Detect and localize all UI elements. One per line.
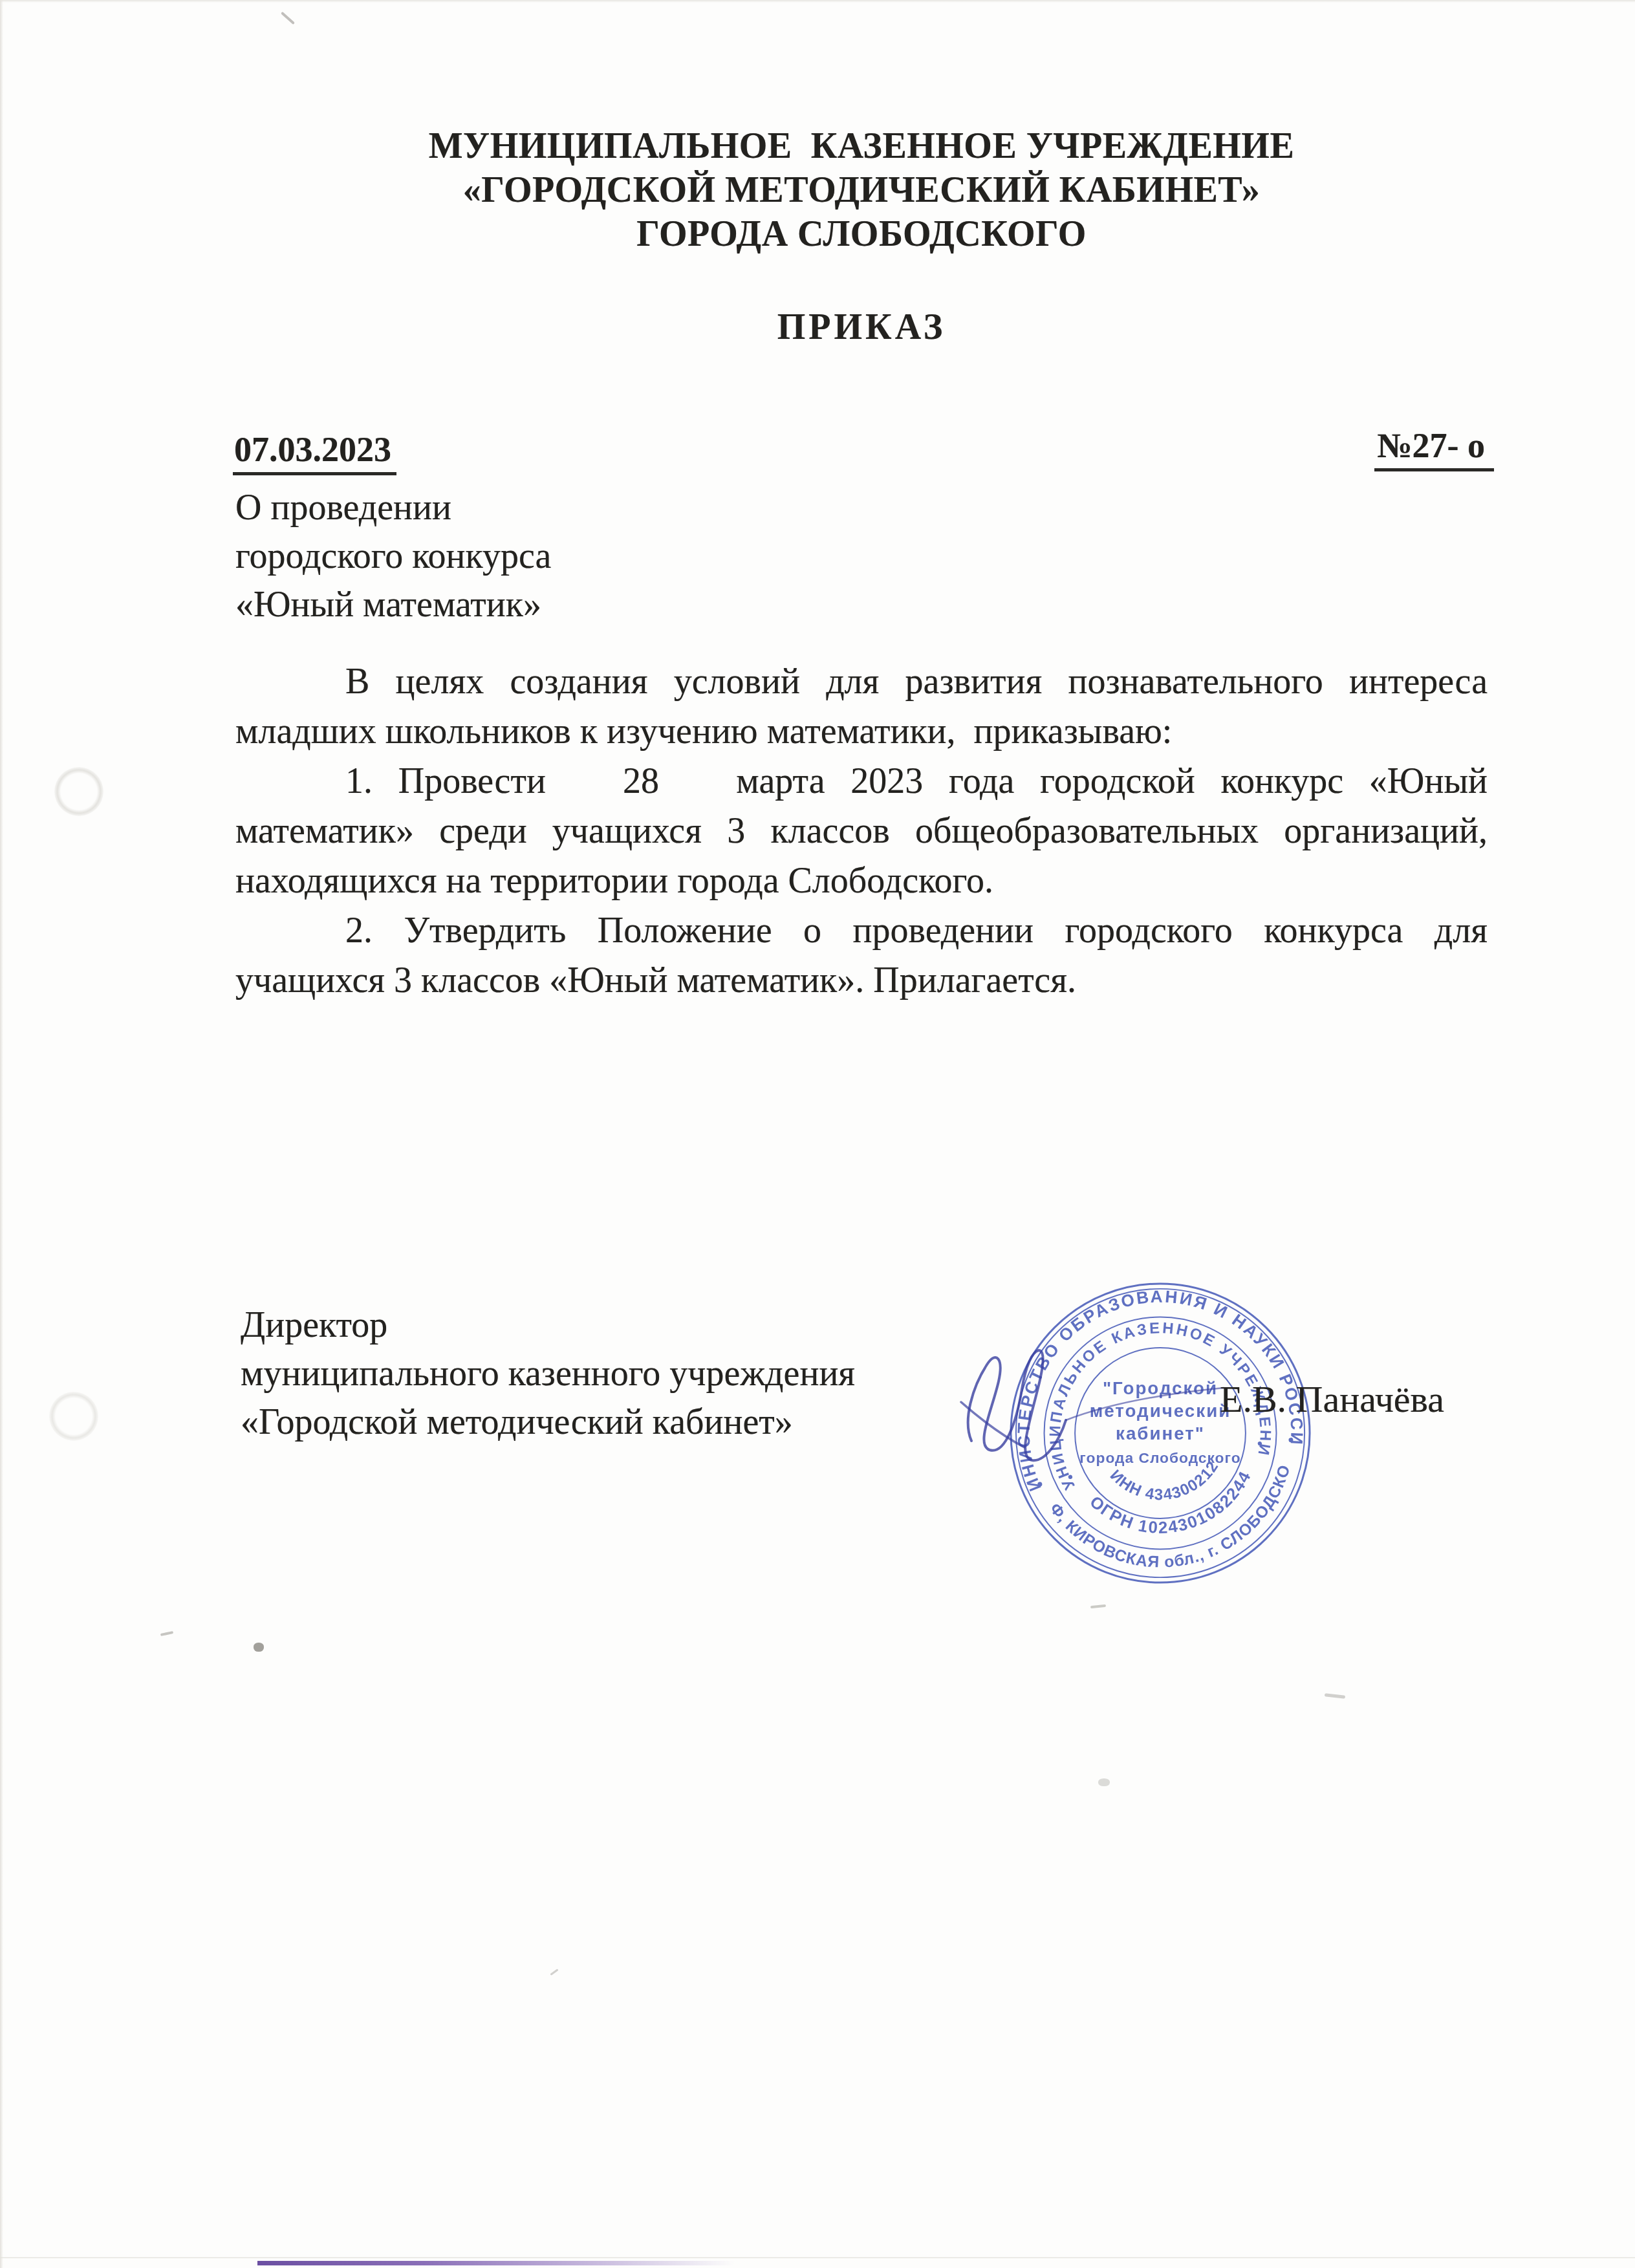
document-type-title: ПРИКАЗ: [235, 307, 1488, 348]
document-subject-block: О проведении городского конкурса «Юный м…: [235, 484, 551, 629]
document-body: В целях создания условий для развития по…: [235, 657, 1488, 1006]
scanner-edge-line: [0, 2257, 1635, 2258]
document-number: №27- о: [1374, 426, 1494, 471]
body-line: учащихся 3 классов «Юный математик». При…: [235, 956, 1488, 1006]
organization-name-line: «ГОРОДСКОЙ МЕТОДИЧЕСКИЙ КАБИНЕТ»: [235, 168, 1488, 212]
scan-speck: [1325, 1693, 1345, 1698]
scan-speck: [550, 1969, 558, 1975]
document-date: 07.03.2023: [233, 429, 396, 475]
signer-name: Е.В. Паначёва: [1220, 1377, 1444, 1421]
punch-hole-shadow: [54, 767, 103, 816]
body-line: находящихся на территории города Слободс…: [235, 856, 1488, 906]
scanned-document: { "colors":{ "stamp-blue":"#3d52b5", "pe…: [0, 0, 1635, 2268]
body-line: В целях создания условий для развития по…: [235, 657, 1488, 707]
scan-speck: [1098, 1778, 1110, 1786]
signature-title-line: Директор: [241, 1301, 855, 1350]
scan-speck: [1090, 1604, 1106, 1608]
page-top-edge-shadow: [0, 0, 1635, 3]
organization-name-block: МУНИЦИПАЛЬНОЕ КАЗЕННОЕ УЧРЕЖДЕНИЕ «ГОРОД…: [235, 124, 1488, 256]
punch-hole-shadow: [49, 1392, 98, 1441]
signature-title-line: муниципального казенного учреждения: [241, 1350, 855, 1398]
body-line: младших школьников к изучению математики…: [235, 707, 1488, 757]
body-line: 2. Утвердить Положение о проведении горо…: [235, 906, 1488, 956]
organization-name-line: ГОРОДА СЛОБОДСКОГО: [235, 212, 1488, 256]
subject-line: городского конкурса: [235, 532, 551, 581]
signature-title-line: «Городской методический кабинет»: [241, 1398, 855, 1447]
body-line: 1. Провести 28 марта 2023 года городской…: [235, 757, 1488, 806]
scan-speck: [254, 1643, 264, 1652]
body-line: математик» среди учащихся 3 классов обще…: [235, 806, 1488, 856]
scan-speck: [281, 12, 295, 25]
scanner-color-strip: [257, 2261, 735, 2265]
scan-speck: [160, 1631, 173, 1636]
organization-name-line: МУНИЦИПАЛЬНОЕ КАЗЕННОЕ УЧРЕЖДЕНИЕ: [235, 124, 1488, 168]
page-left-edge-shadow: [0, 0, 3, 2268]
subject-line: О проведении: [235, 484, 551, 532]
subject-line: «Юный математик»: [235, 581, 551, 629]
signature-title-block: Директор муниципального казенного учрежд…: [241, 1301, 855, 1447]
